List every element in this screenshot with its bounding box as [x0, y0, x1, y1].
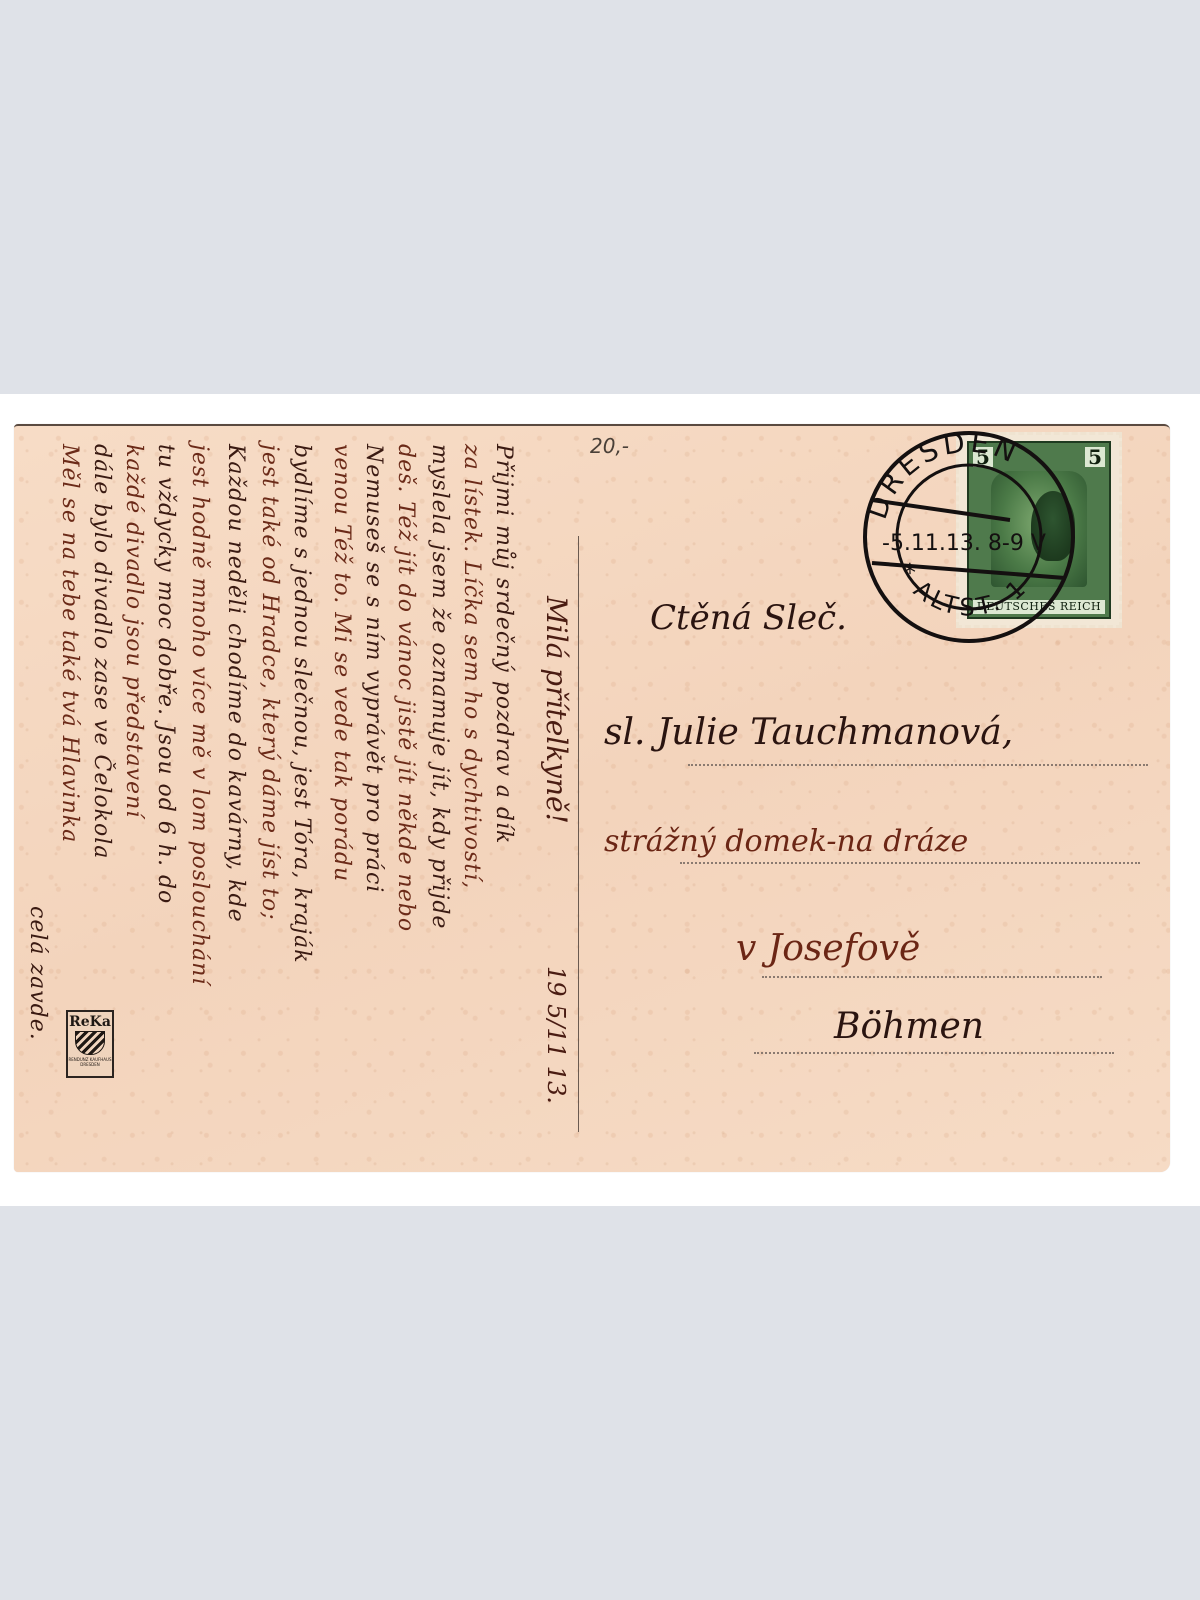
dealer-price-note: 20,-	[590, 434, 629, 458]
publisher-logo: ReKa RENDUNZ KAUFHAUS DRESDEN	[66, 1010, 114, 1078]
address-street: strážný domek-na dráze	[604, 824, 968, 859]
postmark-district: * ALTST. 1	[891, 558, 1034, 621]
postcard-back: 20,- Milá přítelkyně! 19 5/11 13. Přijmi…	[14, 424, 1170, 1172]
message-line: celá zavde.	[26, 906, 48, 1041]
address-dotted-line	[680, 862, 1140, 864]
stamp-value-right: 5	[1085, 447, 1105, 467]
center-divider-line	[578, 536, 579, 1132]
message-line: Přijmi můj srdečný pozdrav a dík	[492, 444, 514, 844]
address-dotted-line	[762, 976, 1102, 978]
publisher-monogram: ReKa	[69, 1014, 111, 1030]
svg-text:* ALTST. 1: * ALTST. 1	[891, 558, 1034, 621]
address-name: sl. Julie Tauchmanová,	[604, 712, 1013, 753]
message-line: každé divadlo jsou představení	[122, 444, 144, 818]
message-line: dále bylo divadlo zase ve Čelokola	[90, 444, 112, 859]
address-dotted-line	[754, 1052, 1114, 1054]
message-line: bydlíme s jednou slečnou, jest Tóra, kra…	[290, 444, 312, 964]
postmark-date: -5.11.13. 8-9 V	[882, 531, 1046, 556]
message-greeting: Milá přítelkyně!	[540, 596, 573, 824]
message-line: jest také od Hradce, který dáme jíst to;	[258, 444, 280, 921]
address-dotted-line	[688, 764, 1148, 766]
message-line: Nemuseš se s ním vyprávět pro práci	[362, 444, 384, 893]
message-line: za lístek. Líčka sem ho s dychtivostí,	[460, 444, 482, 889]
address-salutation: Ctěná Sleč.	[650, 598, 847, 638]
message-line: jest hodně mnoho více mě v lom poslouchá…	[188, 444, 210, 985]
postmark-cancel-icon: DRESDEN * ALTST. 1 -5.11.13. 8-9 V	[860, 428, 1078, 646]
message-line: venou Též to. Mi se vede tak porádu	[330, 444, 352, 882]
address-region: Böhmen	[834, 1006, 984, 1047]
message-line: deš. Též jít do vánoc jistě jít někde ne…	[394, 444, 416, 932]
message-line: Měl se na tebe také tvá Hlavinka	[58, 444, 80, 843]
message-date: 19 5/11 13.	[542, 966, 570, 1104]
shield-icon	[75, 1031, 105, 1055]
address-town: v Josefově	[736, 928, 920, 969]
message-line: tu vždycky moc dobře. Jsou od 6 h. do	[154, 444, 176, 904]
publisher-name: RENDUNZ KAUFHAUS DRESDEN	[68, 1057, 112, 1067]
message-line: Každou neděli chodíme do kavárny, kde	[224, 444, 246, 923]
message-line: myslela jsem že oznamuje jít, kdy přijde	[428, 444, 450, 929]
